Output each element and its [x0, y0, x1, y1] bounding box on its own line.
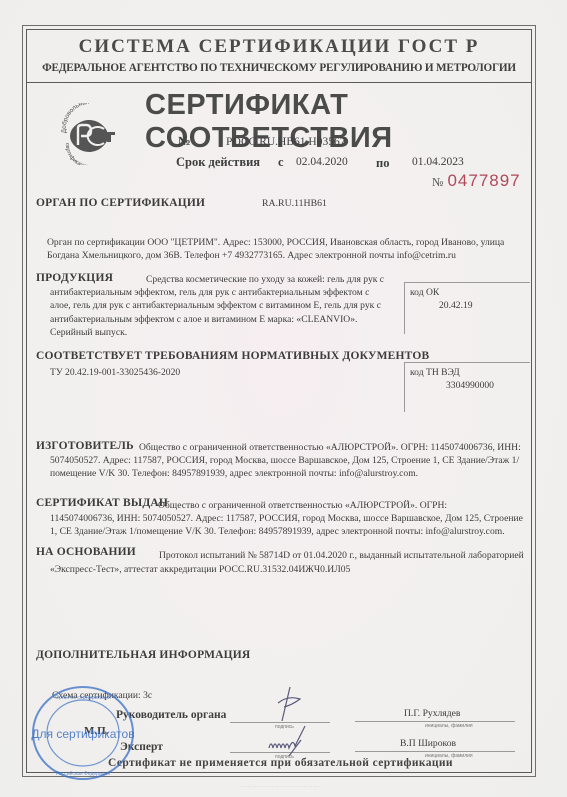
- issued-to-text: 1145074006736, ИНН: 5074050527. Адрес: 1…: [50, 512, 528, 539]
- seal-stamp-icon: Орган по сертификации Российская Федерац…: [28, 683, 138, 783]
- normative-document: ТУ 20.42.19-001-33025436-2020: [50, 366, 180, 379]
- okpd-code-label: код ОК: [410, 286, 530, 299]
- expert-name: В.П Широков: [400, 737, 456, 750]
- certificate-number: РОСС RU.НВ61.Н03567: [226, 136, 345, 148]
- valid-from-label: с: [278, 155, 284, 170]
- issued-to-text-first: Общество с ограниченной ответственностью…: [158, 499, 447, 512]
- svg-text:Орган по сертификации: Орган по сертификации: [55, 695, 111, 701]
- head-signature-icon: [270, 683, 310, 723]
- expert-signature-icon: [265, 722, 315, 758]
- manufacturer-text-first: Общество с ограниченной ответственностью…: [139, 441, 521, 454]
- conformity-label: СООТВЕТСТВУЕТ ТРЕБОВАНИЯМ НОРМАТИВНЫХ ДО…: [36, 350, 429, 362]
- svg-text:Российская Федерация: Российская Федерация: [56, 770, 111, 777]
- valid-from-date: 02.04.2020: [296, 156, 348, 168]
- form-number-value: 0477897: [447, 171, 520, 190]
- okpd-code: 20.42.19: [410, 299, 530, 312]
- okpd-code-box: код ОК 20.42.19: [404, 282, 530, 334]
- product-label: ПРОДУКЦИЯ: [36, 272, 113, 284]
- basis-text-first: Протокол испытаний № 58714D от 01.04.202…: [159, 549, 524, 562]
- voluntary-notice: Сертификат не применяется при обязательн…: [108, 757, 453, 769]
- header-divider: [26, 82, 532, 83]
- additional-info-label: ДОПОЛНИТЕЛЬНАЯ ИНФОРМАЦИЯ: [36, 649, 250, 661]
- system-title: СИСТЕМА СЕРТИФИКАЦИИ ГОСТ Р: [26, 36, 532, 58]
- valid-to-date: 01.04.2023: [412, 156, 464, 168]
- head-name: П.Г. Рухлядев: [404, 707, 460, 720]
- footer-print-info: · · · · · · · · · · · · · · · · · · · · …: [150, 784, 410, 789]
- issued-to-label: СЕРТИФИКАТ ВЫДАН: [36, 497, 168, 509]
- tnved-code-label: код ТН ВЭД: [410, 366, 530, 379]
- certification-body-code: RA.RU.11НВ61: [262, 198, 327, 209]
- agency-name: ФЕДЕРАЛЬНОЕ АГЕНТСТВО ПО ТЕХНИЧЕСКОМУ РЕ…: [26, 62, 532, 74]
- product-text-first: Средства косметические по уходу за кожей…: [146, 273, 384, 286]
- manufacturer-label: ИЗГОТОВИТЕЛЬ: [36, 440, 134, 452]
- stamp-center-text: Для сертификатов: [31, 727, 134, 741]
- head-name-caption: инициалы, фамилия: [425, 723, 473, 729]
- rst-mark-icon: Добровольная сертификация: [58, 103, 120, 165]
- product-text: антибактериальным эффектом, гель для рук…: [50, 286, 385, 339]
- basis-label: НА ОСНОВАНИИ: [36, 546, 136, 558]
- tnved-code-box: код ТН ВЭД 3304990000: [404, 362, 530, 412]
- expert-name-line: [355, 751, 515, 752]
- form-number: №0477897: [432, 171, 521, 191]
- valid-to-label: по: [376, 156, 389, 171]
- certification-body-text: Орган по сертификации ООО "ЦЕТРИМ". Адре…: [47, 236, 517, 263]
- form-number-label: №: [432, 175, 443, 189]
- validity-label: Срок действия: [176, 155, 260, 170]
- manufacturer-text: 5074050527. Адрес: 117587, РОССИЯ, город…: [50, 454, 520, 481]
- tnved-code: 3304990000: [410, 379, 530, 392]
- basis-text: «Экспресс-Тест», аттестат аккредитации Р…: [50, 563, 350, 576]
- head-name-line: [355, 721, 515, 722]
- number-label: №: [178, 134, 191, 149]
- certification-body-label: ОРГАН ПО СЕРТИФИКАЦИИ: [36, 197, 205, 209]
- document-title: СЕРТИФИКАТ СООТВЕТСТВИЯ: [145, 89, 567, 155]
